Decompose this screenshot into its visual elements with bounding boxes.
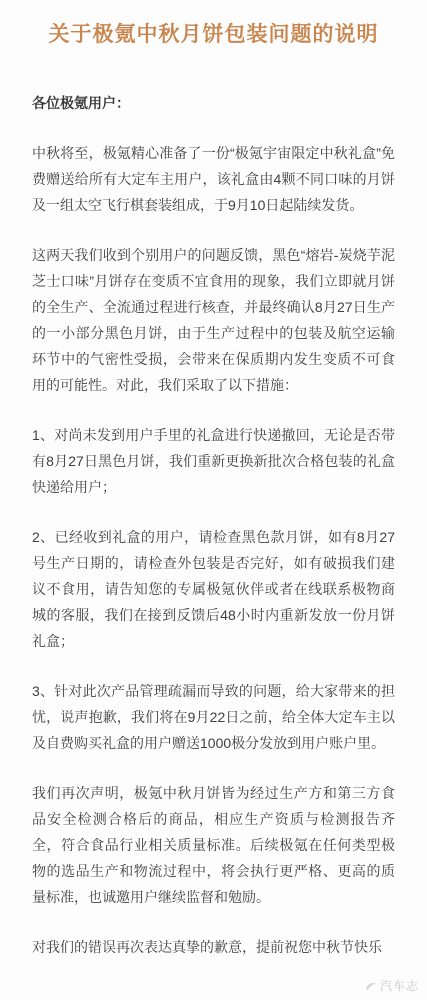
watermark-label: 汽车志	[380, 977, 419, 994]
quality-statement-paragraph: 我们再次声明，极氪中秋月饼皆为经过生产方和第三方食品安全检测合格后的商品，相应生…	[32, 780, 395, 910]
measure-item-1: 1、对尚未发到用户手里的礼盒进行快递撤回，无论是否带有8月27日黑色月饼，我们重…	[32, 422, 395, 500]
measure-item-2: 2、已经收到礼盒的用户，请检查黑色款月饼，如有8月27号生产日期的，请检查外包装…	[32, 524, 395, 654]
measure-item-3: 3、针对此次产品管理疏漏而导致的问题，给大家带来的担忧，说声抱歉，我们将在9月2…	[32, 678, 395, 756]
watermark: 汽车志	[364, 977, 419, 994]
page-title: 关于极氪中秋月饼包装问题的说明	[32, 20, 395, 50]
issue-paragraph: 这两天我们收到个别用户的问题反馈，黑色“熔岩-炭烧芋泥芝士口味”月饼存在变质不宜…	[32, 242, 395, 398]
notice-document: 关于极氪中秋月饼包装问题的说明 各位极氪用户： 中秋将至，极氪精心准备了一份“极…	[0, 0, 427, 1000]
watermark-swoosh-icon	[364, 979, 378, 993]
greeting-line: 各位极氪用户：	[32, 90, 395, 116]
closing-line: 对我们的错误再次表达真挚的歉意，提前祝您中秋节快乐	[32, 934, 395, 960]
intro-paragraph: 中秋将至，极氪精心准备了一份“极氪宇宙限定中秋礼盒”免费赠送给所有大定车主用户，…	[32, 140, 395, 218]
